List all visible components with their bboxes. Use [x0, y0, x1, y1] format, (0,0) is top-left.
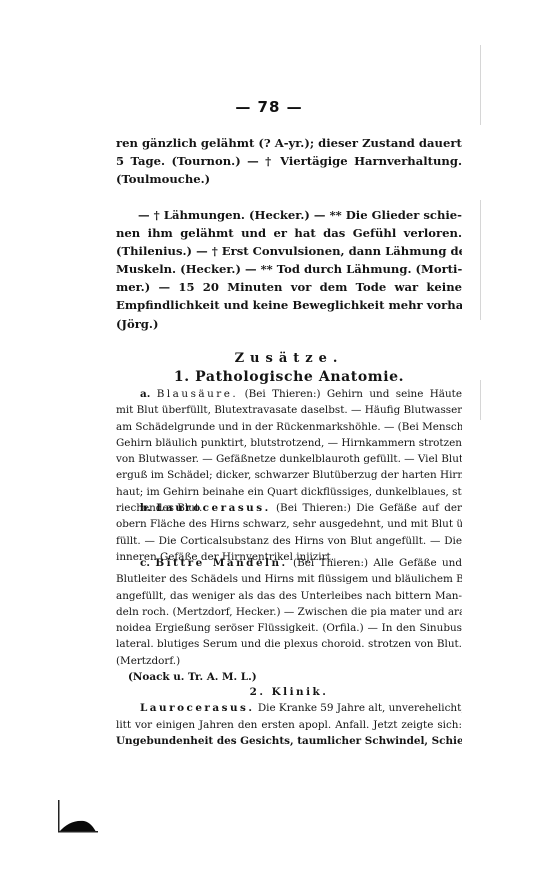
section-title: Zusätze.: [116, 350, 462, 368]
text-line: Muskeln. (Hecker.) — ** Tod durch Lähmun…: [116, 260, 462, 278]
paragraph-continuation: ren gänzlich gelähmt (? A-yr.); dieser Z…: [116, 134, 462, 188]
entry-label: c.: [140, 557, 150, 569]
section-subtitle: 1. Pathologische Anatomie.: [116, 368, 462, 386]
entry-text: (Bei Thieren:) Alle Gefäße und: [293, 557, 462, 569]
text-line: Blutleiter des Schädels und Hirns mit fl…: [116, 571, 462, 587]
text-line: füllt. — Die Corticalsubstanz des Hirns …: [116, 533, 462, 549]
klinik-text: Die Kranke 59 Jahre alt, unverehelicht, …: [258, 702, 462, 714]
scan-edge-line: [480, 380, 481, 420]
text-line: — † Lähmungen. (Hecker.) — ** Die Gliede…: [116, 206, 462, 224]
text-line: nen ihm gelähmt und er hat das Gefühl ve…: [116, 224, 462, 242]
entry-bittre-mandeln: c. Bittre Mandeln. (Bei Thieren:) Alle G…: [116, 555, 462, 571]
text-line: 5 Tage. (Tournon.) — † Viertägige Harnve…: [116, 152, 462, 170]
text-line: noidea Ergießung seröser Flüssigkeit. (O…: [116, 620, 462, 636]
text-line: (Toulmouche.): [116, 170, 462, 188]
text-line: ren gänzlich gelähmt (? A-yr.); dieser Z…: [116, 134, 462, 152]
text-line: (Jörg.): [116, 315, 462, 333]
klinik-title: 2. Klinik.: [116, 684, 462, 700]
text-line: am Schädelgrunde und in der Rückenmarksh…: [116, 419, 462, 435]
entry-text: (Bei Thieren:) Die Gefäße auf der: [276, 502, 462, 514]
text-line: Laurocerasus. Die Kranke 59 Jahre alt, u…: [116, 700, 462, 716]
section-heading-block: Zusätze. 1. Pathologische Anatomie.: [116, 350, 462, 386]
entry-term: Blausäure.: [157, 388, 238, 400]
klinik-section: 2. Klinik. Laurocerasus. Die Kranke 59 J…: [116, 684, 462, 700]
text-line: angefüllt, das weniger als das des Unter…: [116, 588, 462, 604]
text-line: mer.) — 15 20 Minuten vor dem Tode war k…: [116, 278, 462, 296]
text-line: a. Blausäure. (Bei Thieren:) Gehirn und …: [116, 386, 462, 402]
entry-term: Laurocerasus.: [156, 502, 271, 514]
text-line: erguß im Schädel; dicker, schwarzer Blut…: [116, 467, 462, 483]
klinik-term: Laurocerasus.: [140, 702, 255, 714]
text-line: mit Blut überfüllt, Blutextravasate dase…: [116, 402, 462, 418]
entry-label: a.: [140, 388, 150, 400]
text-line: Gehirn bläulich punktirt, blutstrotzend,…: [116, 435, 462, 451]
entry-label: b.: [140, 502, 151, 514]
entry-blausaeure: a. Blausäure. (Bei Thieren:) Gehirn und …: [116, 386, 462, 402]
text-line: litt vor einigen Jahren den ersten apopl…: [116, 717, 462, 733]
text-line: Ungebundenheit des Gesichts, taumlicher …: [116, 733, 462, 749]
text-line: Empfindlichkeit und keine Beweglichkeit …: [116, 296, 462, 314]
text-line: von Blutwasser. — Gefäßnetze dunkelblaur…: [116, 451, 462, 467]
entry-term: Bittre Mandeln.: [155, 557, 287, 569]
text-line: b. Laurocerasus. (Bei Thieren:) Die Gefä…: [116, 500, 462, 516]
scan-edge-line: [480, 45, 481, 125]
paragraph-symptoms: — † Lähmungen. (Hecker.) — ** Die Gliede…: [116, 206, 462, 333]
text-line: lateral. blutiges Serum und die plexus c…: [116, 636, 462, 652]
entry-text: (Bei Thieren:) Gehirn und seine Häute: [245, 388, 462, 400]
text-line: haut; im Gehirn beinahe ein Quart dickfl…: [116, 484, 462, 500]
text-line: obern Fläche des Hirns schwarz, sehr aus…: [116, 516, 462, 532]
source-note: (Noack u. Tr. A. M. L.): [116, 669, 462, 685]
scan-artifact-icon: [58, 800, 98, 833]
text-line: (Thilenius.) — † Erst Convulsionen, dann…: [116, 242, 462, 260]
page-number: — 78 —: [0, 98, 538, 116]
entry-laurocerasus: b. Laurocerasus. (Bei Thieren:) Die Gefä…: [116, 500, 462, 516]
scan-edge-line: [480, 200, 481, 320]
text-line: c. Bittre Mandeln. (Bei Thieren:) Alle G…: [116, 555, 462, 571]
text-line: deln roch. (Mertzdorf, Hecker.) — Zwisch…: [116, 604, 462, 620]
text-line: (Mertzdorf.): [116, 653, 462, 669]
